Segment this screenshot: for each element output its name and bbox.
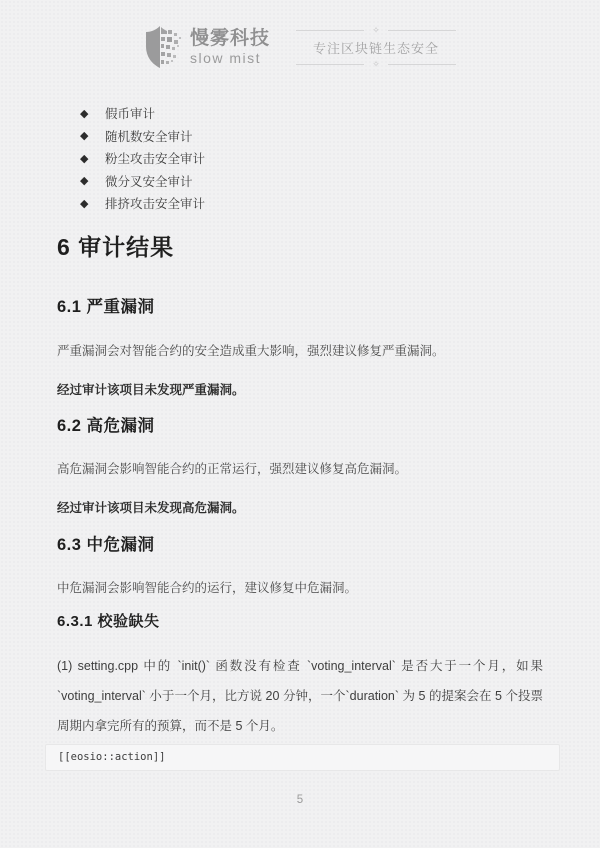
list-item: ◆ 粉尘攻击安全审计 (80, 147, 543, 170)
section-title-audit-results: 6 审计结果 (57, 229, 543, 262)
list-item-label: 假币审计 (105, 104, 155, 122)
subsection-title-critical: 6.1 严重漏洞 (57, 293, 543, 317)
logo-english-name: slow mist (190, 51, 270, 66)
tagline-text: 专注区块链生态安全 (313, 36, 439, 59)
critical-result: 经过审计该项目未发现严重漏洞。 (57, 380, 543, 398)
code-snippet: [[eosio::action]] (45, 744, 560, 771)
slowmist-logo: 慢雾科技 slow mist (144, 24, 270, 70)
tagline-divider-bottom: ✧ (296, 60, 456, 69)
subsection-title-high: 6.2 高危漏洞 (57, 412, 543, 436)
page-number: 5 (0, 794, 600, 806)
audit-type-list: ◆ 假币审计 ◆ 随机数安全审计 ◆ 粉尘攻击安全审计 ◆ 微分叉安全审计 ◆ … (80, 102, 543, 215)
star-icon: ✧ (372, 60, 380, 69)
diamond-bullet-icon: ◆ (80, 152, 105, 165)
high-result: 经过审计该项目未发现高危漏洞。 (57, 498, 543, 516)
diamond-bullet-icon: ◆ (80, 197, 105, 210)
diamond-bullet-icon: ◆ (80, 107, 105, 120)
subsection-title-medium: 6.3 中危漏洞 (57, 531, 543, 555)
list-item-label: 粉尘攻击安全审计 (105, 149, 205, 167)
medium-description: 中危漏洞会影响智能合约的运行，建议修复中危漏洞。 (57, 580, 543, 598)
page-header: 慢雾科技 slow mist ✧ 专注区块链生态安全 ✧ (0, 24, 600, 70)
shield-pixel-icon (144, 24, 182, 70)
document-page: 慢雾科技 slow mist ✧ 专注区块链生态安全 ✧ ◆ 假币审计 ◆ (0, 0, 600, 848)
list-item: ◆ 随机数安全审计 (80, 125, 543, 148)
list-item: ◆ 微分叉安全审计 (80, 170, 543, 193)
logo-wordmark: 慢雾科技 slow mist (190, 29, 270, 66)
list-item-label: 排挤攻击安全审计 (105, 194, 205, 212)
list-item: ◆ 假币审计 (80, 102, 543, 125)
diamond-bullet-icon: ◆ (80, 129, 105, 142)
list-item-label: 随机数安全审计 (105, 127, 193, 145)
high-description: 高危漏洞会影响智能合约的正常运行，强烈建议修复高危漏洞。 (57, 461, 543, 479)
company-tagline: ✧ 专注区块链生态安全 ✧ (296, 26, 456, 69)
star-icon: ✧ (372, 26, 380, 35)
diamond-bullet-icon: ◆ (80, 174, 105, 187)
logo-chinese-name: 慢雾科技 (190, 29, 270, 49)
list-item: ◆ 排挤攻击安全审计 (80, 192, 543, 215)
tagline-divider-top: ✧ (296, 26, 456, 35)
finding-description: (1) setting.cpp 中的 `init()` 函数没有检查 `voti… (57, 651, 543, 741)
subsection-title-validation-missing: 6.3.1 校验缺失 (57, 610, 543, 631)
critical-description: 严重漏洞会对智能合约的安全造成重大影响，强烈建议修复严重漏洞。 (57, 343, 543, 361)
list-item-label: 微分叉安全审计 (105, 172, 193, 190)
